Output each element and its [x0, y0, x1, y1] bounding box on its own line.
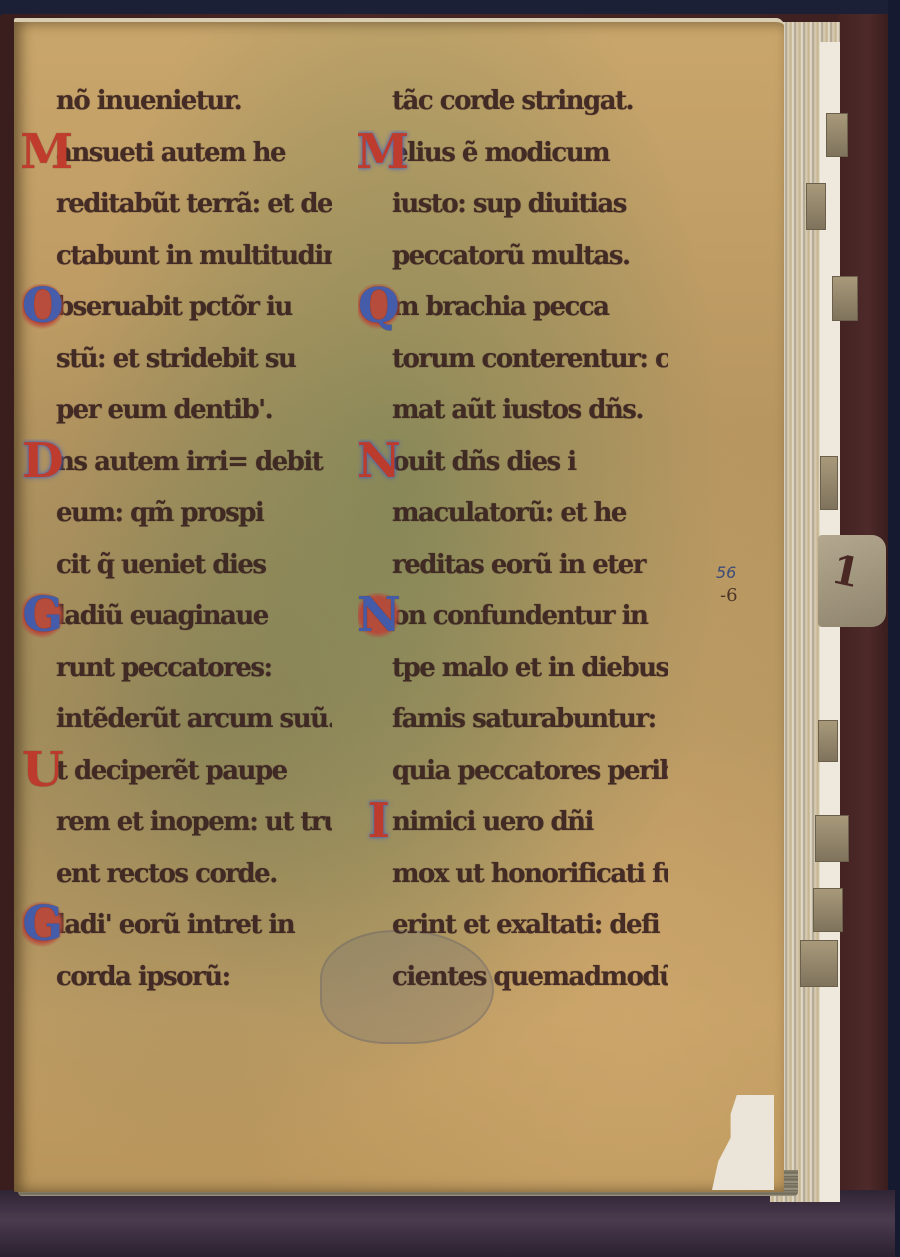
text-line: reditas eorũ in eter: [358, 542, 668, 594]
line-text: elius ẽ modicum: [392, 138, 609, 168]
gathering-mark: -6: [720, 585, 738, 606]
text-line: iusto: sup diuitias: [358, 181, 668, 233]
illuminated-initial: O: [22, 284, 64, 330]
illuminated-initial: G: [22, 902, 64, 948]
page-tab[interactable]: [820, 456, 838, 510]
line-text: t deciperẽt paupe: [56, 756, 287, 786]
line-text: mox ut honorificati fu: [392, 859, 668, 889]
line-text: stũ: et stridebit su: [56, 344, 295, 374]
text-line: Obseruabit pctõr iu: [22, 284, 332, 336]
text-column-left: nõ inuenietur.Mansueti autem hereditabũt…: [22, 78, 332, 1005]
line-text: ouit dñs dies i: [392, 447, 576, 477]
line-text: ns autem irri= debit: [56, 447, 322, 477]
text-line: ent rectos corde.: [22, 851, 332, 903]
text-line: maculatorũ: et he: [358, 490, 668, 542]
text-line: tãc corde stringat.: [358, 78, 668, 130]
line-text: cit q̃ ueniet dies: [56, 550, 266, 580]
page-tab[interactable]: [832, 276, 858, 321]
line-text: bseruabit pctõr iu: [56, 292, 292, 322]
line-text: nõ inuenietur.: [56, 86, 241, 116]
line-text: corda ipsorũ:: [56, 962, 230, 992]
text-line: intẽderũt arcum suũ.: [22, 696, 332, 748]
page-tab[interactable]: [826, 113, 848, 157]
text-line: famis saturabuntur:: [358, 696, 668, 748]
text-line: Non confundentur in: [358, 593, 668, 645]
illuminated-initial: N: [358, 439, 400, 485]
line-text: ctabunt in multitudine pa: [56, 241, 332, 271]
page-tab[interactable]: [800, 940, 838, 987]
line-text: ladi' eorũ intret in: [56, 910, 294, 940]
line-text: peccatorũ multas.: [392, 241, 630, 271]
illuminated-initial: M: [358, 130, 400, 176]
page-tab[interactable]: [818, 720, 838, 762]
illuminated-initial: M: [22, 130, 64, 176]
line-text: rem et inopem: ut trucid: [56, 807, 332, 837]
line-text: torum conterentur: cõfir: [392, 344, 668, 374]
line-text: reditas eorũ in eter: [392, 550, 645, 580]
line-text: nimici uero dñi: [392, 807, 593, 837]
text-line: Dns autem irri= debit: [22, 439, 332, 491]
page-tab[interactable]: [813, 888, 843, 932]
text-line: Ut deciperẽt paupe: [22, 748, 332, 800]
line-text: tpe malo et in diebus: [392, 653, 668, 683]
line-text: ent rectos corde.: [56, 859, 277, 889]
text-line: peccatorũ multas.: [358, 233, 668, 285]
folio-number: 56: [716, 563, 736, 582]
illuminated-initial: Q: [358, 284, 400, 330]
text-line: Nouit dñs dies i: [358, 439, 668, 491]
line-text: per eum dentib'.: [56, 395, 272, 425]
illuminated-initial: N: [358, 593, 400, 639]
text-line: Gladiũ euaginaue: [22, 593, 332, 645]
background-edge: [888, 0, 900, 1257]
line-text: m brachia pecca: [392, 292, 609, 322]
text-line: stũ: et stridebit su: [22, 336, 332, 388]
illuminated-initial: I: [358, 799, 400, 845]
text-line: Mansueti autem he: [22, 130, 332, 182]
illuminated-initial: G: [22, 593, 64, 639]
text-line: Gladi' eorũ intret in: [22, 902, 332, 954]
text-line: Qm brachia pecca: [358, 284, 668, 336]
text-line: ctabunt in multitudine pa: [22, 233, 332, 285]
text-line: Inimici uero dñi: [358, 799, 668, 851]
line-text: on confundentur in: [392, 601, 647, 631]
text-line: eum: qm̃ prospi: [22, 490, 332, 542]
text-line: reditabũt terrã: et dele: [22, 181, 332, 233]
text-line: tpe malo et in diebus: [358, 645, 668, 697]
line-text: runt peccatores:: [56, 653, 272, 683]
line-text: intẽderũt arcum suũ.: [56, 704, 332, 734]
line-text: eum: qm̃ prospi: [56, 498, 263, 528]
page-tab[interactable]: [806, 183, 826, 230]
text-line: mox ut honorificati fu: [358, 851, 668, 903]
line-text: erint et exaltati: defi: [392, 910, 659, 940]
page-tab[interactable]: [815, 815, 849, 862]
line-text: ladiũ euaginaue: [56, 601, 268, 631]
line-text: reditabũt terrã: et dele: [56, 189, 332, 219]
binding-board-bottom: [0, 1190, 895, 1257]
text-line: per eum dentib'.: [22, 387, 332, 439]
line-text: mat aũt iustos dñs.: [392, 395, 643, 425]
text-column-right: tãc corde stringat.Melius ẽ modicumiusto…: [358, 78, 668, 1005]
text-line: cientes quemadmodũ: [358, 954, 668, 1006]
text-line: erint et exaltati: defi: [358, 902, 668, 954]
line-text: cientes quemadmodũ: [392, 962, 668, 992]
line-text: quia peccatores peribũt.: [392, 756, 668, 786]
line-text: ansueti autem he: [56, 138, 285, 168]
line-text: tãc corde stringat.: [392, 86, 633, 116]
illuminated-initial: U: [22, 748, 64, 794]
text-line: nõ inuenietur.: [22, 78, 332, 130]
text-line: torum conterentur: cõfir: [358, 336, 668, 388]
text-line: rem et inopem: ut trucid: [22, 799, 332, 851]
text-line: quia peccatores peribũt.: [358, 748, 668, 800]
text-line: cit q̃ ueniet dies: [22, 542, 332, 594]
text-line: runt peccatores:: [22, 645, 332, 697]
line-text: famis saturabuntur:: [392, 704, 656, 734]
illuminated-initial: D: [22, 439, 64, 485]
text-line: Melius ẽ modicum: [358, 130, 668, 182]
text-line: corda ipsorũ:: [22, 954, 332, 1006]
text-line: mat aũt iustos dñs.: [358, 387, 668, 439]
line-text: iusto: sup diuitias: [392, 189, 626, 219]
line-text: maculatorũ: et he: [392, 498, 626, 528]
